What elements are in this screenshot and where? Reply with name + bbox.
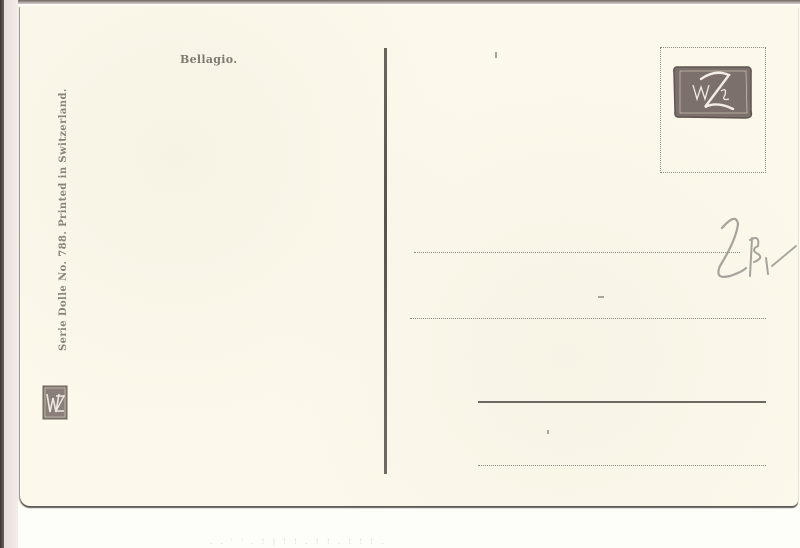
- scan-edge-top: [0, 0, 800, 4]
- scan-background: [18, 508, 800, 548]
- stamp-box: [660, 47, 766, 173]
- message-address-divider: [384, 48, 387, 474]
- print-mark: [495, 52, 497, 58]
- handwritten-price-note: [692, 210, 798, 290]
- address-line-1: [414, 252, 740, 253]
- address-line-4: [478, 465, 766, 466]
- address-line-3: [478, 401, 766, 403]
- publisher-imprint: Serie Dolle No. 788. Printed in Switzerl…: [58, 88, 69, 351]
- scan-edge-margin: [4, 0, 18, 548]
- print-mark: [598, 296, 604, 298]
- postcard-caption: Bellagio.: [180, 53, 237, 66]
- postcard-back: Bellagio. Serie Dolle No. 788. Printed i…: [20, 6, 798, 506]
- monogram-logo-icon: [671, 61, 755, 123]
- scan-bleed-through: . . ' ' . ! | ! ! . ! ! . ! ! ! .: [210, 538, 387, 546]
- print-mark: [547, 430, 549, 434]
- address-line-2: [410, 318, 766, 319]
- publisher-monogram-icon: [42, 384, 68, 422]
